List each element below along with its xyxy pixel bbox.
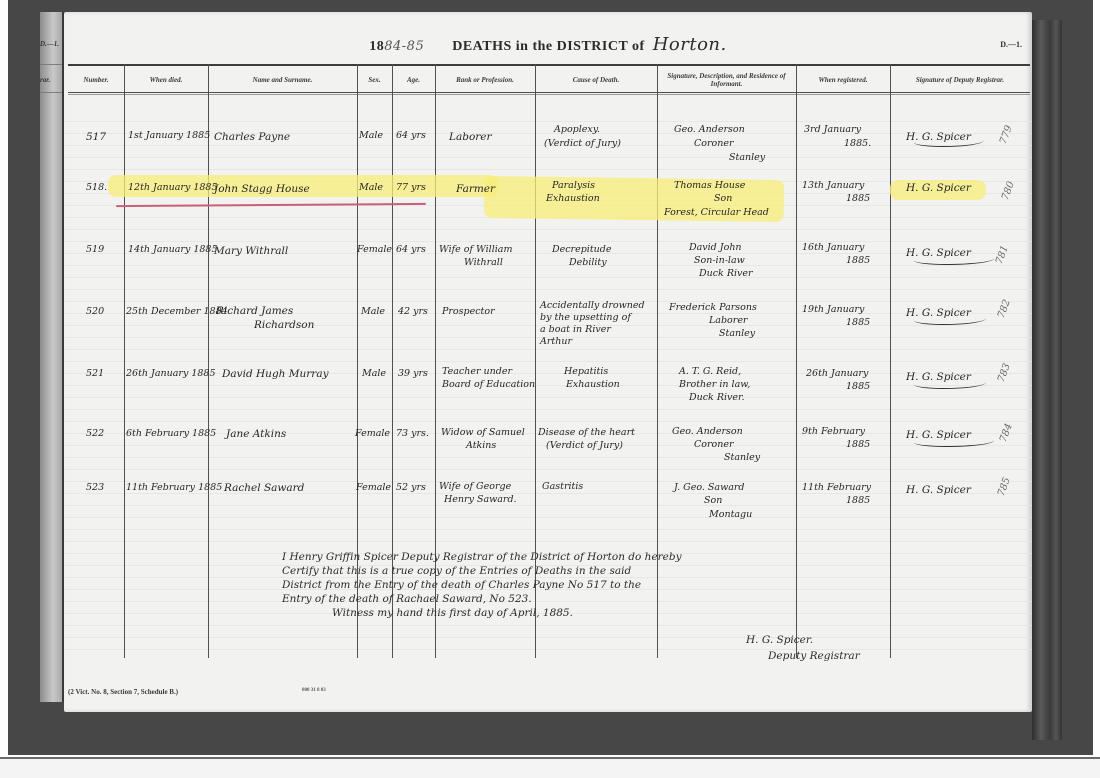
entry-cause: Exhaustion xyxy=(566,379,620,392)
entry-name: Rachel Saward xyxy=(224,481,304,495)
form-id: D.—1. xyxy=(1000,40,1022,49)
entry-when-died: 11th February 1885 xyxy=(126,482,222,495)
entry-when-died: 25th December 1884 xyxy=(126,306,228,319)
entry-name: Jane Atkins xyxy=(226,427,286,441)
entry-cause: Disease of the heart xyxy=(538,427,635,440)
cert-line: Certify that this is a true copy of the … xyxy=(282,564,872,578)
entry-informant: Stanley xyxy=(724,452,760,465)
entry-informant: Forest, Circular Head xyxy=(664,207,769,220)
cert-witness: Witness my hand this first day of April,… xyxy=(282,606,872,620)
entry-informant: A. T. G. Reid, xyxy=(679,366,741,379)
entry-number: 520 xyxy=(86,306,104,319)
entry-registered: 9th February xyxy=(802,426,865,439)
header-when-registered: When registered. xyxy=(796,68,890,92)
cert-line: I Henry Griffin Spicer Deputy Registrar … xyxy=(282,550,872,564)
entry-when-died: 6th February 1885 xyxy=(126,428,216,441)
entry-registered: 1885 xyxy=(846,193,870,206)
entry-registered: 1885 xyxy=(846,381,870,394)
entry-registered: 1885 xyxy=(846,495,870,508)
entry-sex: Female xyxy=(356,482,391,495)
entry-when-died: 26th January 1885 xyxy=(126,368,216,381)
entry-informant: Coroner xyxy=(694,439,734,452)
entry-cause: Decrepitude xyxy=(552,244,611,257)
col-divider xyxy=(124,64,125,658)
entry-age: 42 yrs xyxy=(398,306,428,319)
statute-reference: (2 Vict. No. 8, Section 7, Schedule B.) xyxy=(68,688,178,696)
entry-when-died: 14th January 1885 xyxy=(128,244,218,257)
entry-cause: Hepatitis xyxy=(564,366,608,379)
cert-signature: H. G. Spicer. xyxy=(746,632,860,648)
entry-number: 519 xyxy=(86,244,104,257)
entry-informant: Stanley xyxy=(719,328,755,341)
entry-rank: Widow of Samuel xyxy=(441,427,525,440)
entry-age: 64 yrs xyxy=(396,130,426,143)
header-rank: Rank or Profession. xyxy=(435,68,535,92)
entry-informant: David John xyxy=(689,242,742,255)
entry-age: 52 yrs xyxy=(396,482,426,495)
entry-name: David Hugh Murray xyxy=(222,367,329,381)
entry-rank: Farmer xyxy=(456,182,495,196)
entry-cause: (Verdict of Jury) xyxy=(544,138,621,151)
entry-sex: Female xyxy=(357,244,392,257)
header-registrar: Signature of Deputy Registrar. xyxy=(890,68,1030,92)
title-main: DEATHS in the DISTRICT of xyxy=(452,39,644,54)
entry-informant: Duck River. xyxy=(689,392,745,405)
entry-informant: Stanley xyxy=(729,152,765,165)
entry-registered: 1885 xyxy=(846,439,870,452)
entry-age: 64 yrs xyxy=(396,244,426,257)
entry-rank: Laborer xyxy=(449,130,492,144)
entry-registered: 1885 xyxy=(846,255,870,268)
entry-cause: Paralysis xyxy=(552,180,595,193)
entry-registered: 11th February xyxy=(802,482,871,495)
table-top-rule xyxy=(68,64,1030,66)
entry-registered: 1885. xyxy=(844,138,871,151)
certification-text: I Henry Griffin Spicer Deputy Registrar … xyxy=(282,550,872,620)
entry-cause: a boat in River xyxy=(540,324,611,337)
page-title: 1884-85 DEATHS in the DISTRICT of Horton… xyxy=(64,34,1032,55)
entry-informant: Son-in-law xyxy=(694,255,745,268)
entry-informant: Thomas House xyxy=(674,180,745,193)
cert-line: District from the Entry of the death of … xyxy=(282,578,872,592)
entry-registrar-signature: H. G. Spicer xyxy=(906,181,971,195)
previous-page-stub: D.—1. rar. xyxy=(40,12,65,702)
entry-rank: Prospector xyxy=(442,306,495,319)
entry-age: 39 yrs xyxy=(398,368,428,381)
entry-sex: Male xyxy=(359,182,383,195)
entry-informant: J. Geo. Saward xyxy=(674,482,745,495)
header-when-died: When died. xyxy=(124,68,208,92)
entry-informant: Duck River xyxy=(699,268,753,281)
entry-informant: Geo. Anderson xyxy=(672,426,743,439)
stub-header: rar. xyxy=(40,76,50,84)
entry-name: John Stagg House xyxy=(214,182,310,196)
entry-cause: Apoplexy. xyxy=(554,124,600,137)
entry-number: 517 xyxy=(86,130,106,144)
entry-cause: (Verdict of Jury) xyxy=(546,440,623,453)
entry-age: 73 yrs. xyxy=(396,428,429,441)
entry-registered: 1885 xyxy=(846,317,870,330)
entry-informant: Laborer xyxy=(709,315,747,328)
entry-sex: Male xyxy=(359,130,383,143)
col-divider xyxy=(890,64,891,658)
entry-informant: Montagu xyxy=(709,509,752,522)
entry-registered: 19th January xyxy=(802,304,864,317)
entry-cause: Debility xyxy=(569,257,607,270)
header-age: Age. xyxy=(392,68,435,92)
entry-cause: Accidentally drowned xyxy=(540,300,645,313)
entry-sex: Male xyxy=(362,368,386,381)
entry-sex: Female xyxy=(355,428,390,441)
stub-form-id: D.—1. xyxy=(40,40,59,48)
title-year-prefix: 18 xyxy=(369,39,384,54)
entry-registered: 16th January xyxy=(802,242,864,255)
title-year-handwritten: 84-85 xyxy=(384,39,424,54)
header-bottom-rule-2 xyxy=(68,94,1030,95)
entry-informant: Geo. Anderson xyxy=(674,124,745,137)
entry-informant: Son xyxy=(704,495,722,508)
header-name: Name and Surname. xyxy=(208,68,357,92)
entry-rank: Atkins xyxy=(466,440,496,453)
entry-number: 522 xyxy=(86,428,104,441)
entry-cause: Arthur xyxy=(540,336,572,349)
entry-age: 77 yrs xyxy=(396,182,426,195)
entry-cause: Exhaustion xyxy=(546,193,600,206)
bottom-margin-strip xyxy=(0,757,1100,778)
entry-informant: Brother in law, xyxy=(679,379,750,392)
header-cause: Cause of Death. xyxy=(535,68,657,92)
entry-number: 523 xyxy=(86,482,104,495)
entry-rank: Teacher under xyxy=(442,366,512,379)
entry-rank: Henry Saward. xyxy=(444,494,517,507)
header-bottom-rule xyxy=(68,92,1030,93)
entry-informant: Coroner xyxy=(694,138,734,151)
entry-number: 518. xyxy=(86,182,107,195)
entry-name: Charles Payne xyxy=(214,130,290,144)
entry-when-died: 1st January 1885 xyxy=(128,130,210,143)
cert-signature-title: Deputy Registrar xyxy=(746,648,860,664)
col-divider xyxy=(208,64,209,658)
cert-line: Entry of the death of Rachael Saward, No… xyxy=(282,592,872,606)
entry-cause: Gastritis xyxy=(542,481,583,494)
entry-rank: Board of Education xyxy=(442,379,535,392)
entry-registered: 13th January xyxy=(802,180,864,193)
title-district: Horton. xyxy=(653,34,727,55)
book-spine-right xyxy=(1032,20,1062,740)
entry-informant: Frederick Parsons xyxy=(669,302,757,315)
certification-signature-block: H. G. Spicer. Deputy Registrar xyxy=(746,632,860,664)
register-page: 1884-85 DEATHS in the DISTRICT of Horton… xyxy=(64,12,1032,712)
header-informant: Signature, Description, and Residence of… xyxy=(657,68,796,92)
entry-name: Richardson xyxy=(254,318,314,332)
entry-registered: 26th January xyxy=(806,368,868,381)
entry-when-died: 12th January 1885 xyxy=(128,182,218,195)
entry-cause: by the upsetting of xyxy=(540,312,631,325)
entry-rank: Withrall xyxy=(464,257,503,270)
entry-rank: Wife of William xyxy=(439,244,512,257)
entry-registered: 3rd January xyxy=(804,124,861,137)
entry-informant: Son xyxy=(714,193,732,206)
entry-registrar-signature: H. G. Spicer xyxy=(906,483,971,497)
entry-name: Mary Withrall xyxy=(214,244,288,258)
entry-name: Richard James xyxy=(216,304,293,318)
printer-mark: 800 31 8 83 xyxy=(302,688,326,693)
entry-sex: Male xyxy=(361,306,385,319)
header-number: Number. xyxy=(68,68,124,92)
header-sex: Sex. xyxy=(357,68,392,92)
entry-rank: Wife of George xyxy=(439,481,511,494)
entry-number: 521 xyxy=(86,368,104,381)
